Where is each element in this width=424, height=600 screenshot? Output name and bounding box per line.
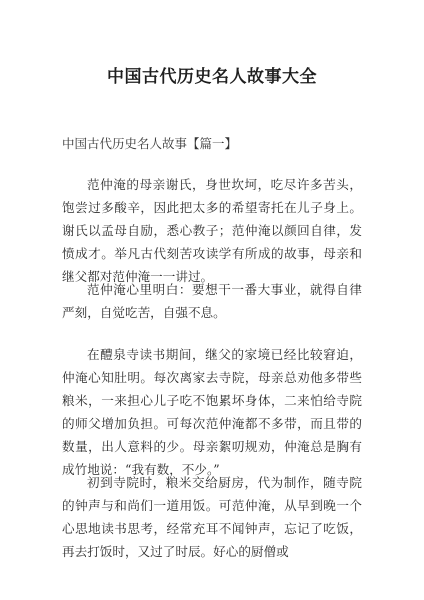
paragraph: 范仲淹的母亲谢氏，身世坎坷，吃尽许多苦头，饱尝过多酸辛，因此把太多的希望寄托在儿…	[62, 173, 362, 288]
paragraph: 范仲淹心里明白：要想干一番大事业，就得自律严刻，自觉吃苦，自强不息。	[62, 278, 362, 324]
document-title: 中国古代历史名人故事大全	[0, 62, 424, 87]
paragraph: 在醴泉寺读书期间，继父的家境已经比较窘迫，仲淹心知肚明。每次离家去寺院，母亲总劝…	[62, 343, 362, 481]
section-heading: 中国古代历史名人故事【篇一】	[62, 134, 237, 152]
paragraph: 初到寺院时，粮米交给厨房，代为制作，随寺院的钟声与和尚们一道用饭。可范仲淹，从早…	[62, 471, 362, 563]
document-page: 中国古代历史名人故事大全 中国古代历史名人故事【篇一】 范仲淹的母亲谢氏，身世坎…	[0, 0, 424, 600]
